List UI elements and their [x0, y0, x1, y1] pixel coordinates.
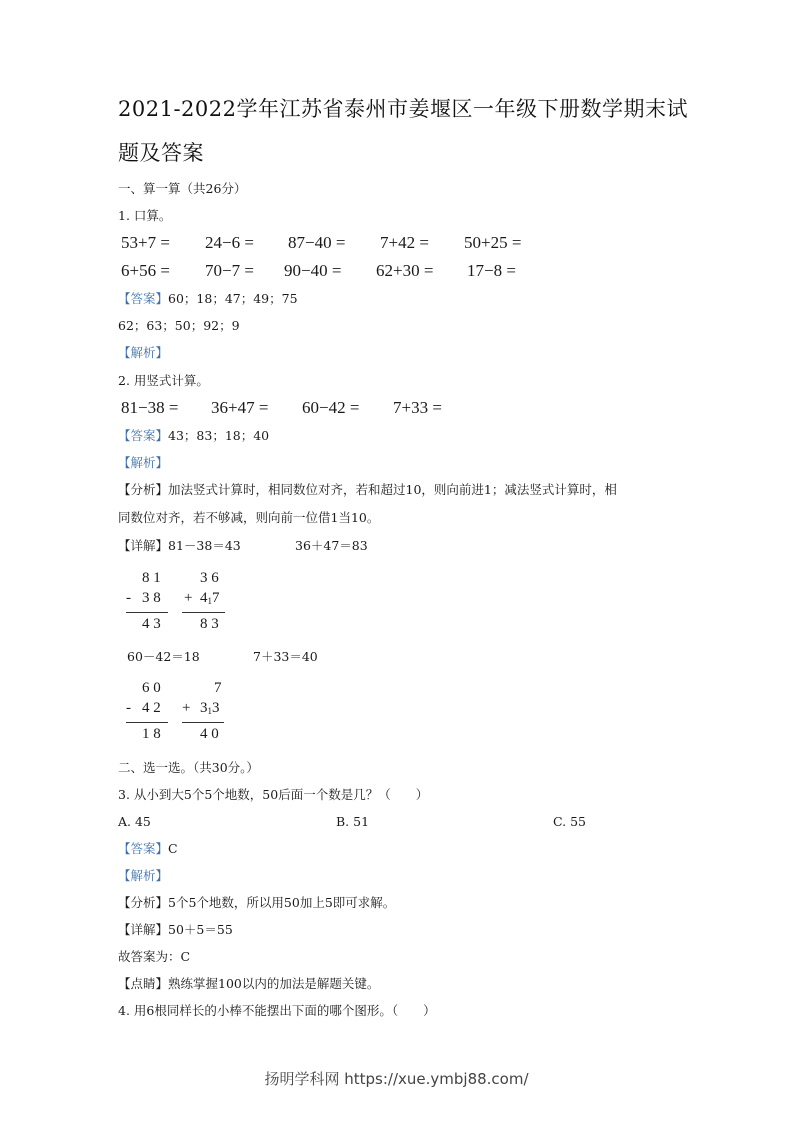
q1-answer: 【答案】60；18；47；49；75 — [118, 290, 298, 308]
q3-option-b: B. 51 — [336, 813, 369, 831]
answer-text: 60；18；47；49；75 — [168, 291, 298, 306]
q1-problem: 6+56 = — [121, 261, 170, 281]
q3-prompt: 3. 从小到大5个5个地数，50后面一个数是几？（ ） — [118, 786, 428, 804]
answer-tag: 【答案】 — [118, 841, 168, 856]
q2-detail: 【详解】81－38＝43 — [118, 537, 241, 555]
q1-problem: 17−8 = — [467, 261, 516, 281]
q2-problem: 36+47 = — [211, 398, 268, 418]
footer-watermark: 扬明学科网 https://xue.ymbj88.com/ — [0, 1068, 793, 1089]
q2-fenxi-line2: 同数位对齐，若不够减，则向前一位借1当10。 — [118, 509, 379, 527]
section1-heading: 一、算一算（共26分） — [118, 180, 246, 198]
document-title-line1: 2021-2022学年江苏省泰州市姜堰区一年级下册数学期末试 — [118, 94, 688, 124]
detail-eq: 36＋47＝83 — [295, 537, 368, 555]
q1-problem: 50+25 = — [464, 233, 521, 253]
q3-option-a: A. 45 — [118, 813, 151, 831]
answer-text: 43；83；18；40 — [168, 428, 269, 443]
detail-tag: 【详解】 — [118, 922, 168, 937]
vertical-result: 1 8 — [142, 726, 161, 743]
q3-detail: 【详解】50＋5＝55 — [118, 921, 233, 939]
q2-fenxi: 【分析】加法竖式计算时，相同数位对齐，若和超过10，则向前进1；减法竖式计算时，… — [118, 481, 617, 499]
vertical-result: 8 3 — [200, 616, 219, 633]
dianjing-text: 熟练掌握100以内的加法是解题关键。 — [168, 976, 379, 991]
vertical-top: 7 — [214, 680, 222, 697]
q2-problem: 81−38 = — [121, 398, 178, 418]
q3-answer: 【答案】C — [118, 840, 178, 858]
vertical-rule — [182, 612, 225, 613]
q2-problem: 7+33 = — [393, 398, 442, 418]
q1-problem: 24−6 = — [205, 233, 254, 253]
q1-problem: 70−7 = — [205, 261, 254, 281]
answer-text: C — [168, 841, 178, 856]
detail-eq: 7＋33＝40 — [253, 648, 318, 666]
vertical-result: 4 0 — [200, 726, 219, 743]
q1-answer-line2: 62；63；50；92；9 — [118, 317, 240, 335]
vertical-result: 4 3 — [142, 616, 161, 633]
detail-eq: 60－42＝18 — [127, 648, 200, 666]
q3-conclusion: 故答案为：C — [118, 948, 190, 966]
detail-tag: 【详解】 — [118, 538, 168, 553]
q1-problem: 90−40 = — [284, 261, 341, 281]
q3-dianjing: 【点睛】熟练掌握100以内的加法是解题关键。 — [118, 975, 379, 993]
analysis-tag: 【解析】 — [118, 344, 168, 362]
dianjing-tag: 【点睛】 — [118, 976, 168, 991]
document-page: 2021-2022学年江苏省泰州市姜堰区一年级下册数学期末试 题及答案 一、算一… — [0, 0, 793, 1122]
fenxi-tag: 【分析】 — [118, 482, 168, 497]
q1-problem: 87−40 = — [288, 233, 345, 253]
fenxi-text: 5个5个地数，所以用50加上5即可求解。 — [168, 895, 395, 910]
q1-prompt: 1. 口算。 — [118, 207, 171, 225]
analysis-tag: 【解析】 — [118, 454, 168, 472]
fenxi-tag: 【分析】 — [118, 895, 168, 910]
q2-answer: 【答案】43；83；18；40 — [118, 427, 269, 445]
q1-problem: 7+42 = — [380, 233, 429, 253]
q1-problem: 62+30 = — [376, 261, 433, 281]
vertical-bottom: 313 — [200, 700, 220, 717]
vertical-top: 3 6 — [200, 570, 219, 587]
q2-prompt: 2. 用竖式计算。 — [118, 372, 209, 390]
detail-eq: 81－38＝43 — [168, 538, 241, 553]
vertical-bottom: 417 — [200, 590, 220, 607]
vertical-op: + — [182, 700, 190, 717]
document-title-line2: 题及答案 — [118, 138, 688, 168]
q2-problem: 60−42 = — [302, 398, 359, 418]
vertical-top: 8 1 — [142, 570, 161, 587]
vertical-top: 6 0 — [142, 680, 161, 697]
vertical-op: + — [184, 590, 192, 607]
detail-text: 50＋5＝55 — [168, 922, 233, 937]
answer-tag: 【答案】 — [118, 291, 168, 306]
q1-problem: 53+7 = — [121, 233, 170, 253]
vertical-op: - — [126, 700, 131, 717]
vertical-bottom: 3 8 — [142, 590, 161, 607]
vertical-rule — [182, 722, 224, 723]
vertical-rule — [126, 612, 168, 613]
vertical-op: - — [126, 590, 131, 607]
q3-fenxi: 【分析】5个5个地数，所以用50加上5即可求解。 — [118, 894, 395, 912]
q4-prompt: 4. 用6根同样长的小棒不能摆出下面的哪个图形。（ ） — [118, 1002, 436, 1020]
q3-option-c: C. 55 — [553, 813, 586, 831]
analysis-tag: 【解析】 — [118, 867, 168, 885]
answer-tag: 【答案】 — [118, 428, 168, 443]
vertical-bottom: 4 2 — [142, 700, 161, 717]
vertical-rule — [126, 722, 168, 723]
section2-heading: 二、选一选。（共30分。） — [118, 759, 259, 777]
fenxi-text: 加法竖式计算时，相同数位对齐，若和超过10，则向前进1；减法竖式计算时，相 — [168, 482, 617, 497]
